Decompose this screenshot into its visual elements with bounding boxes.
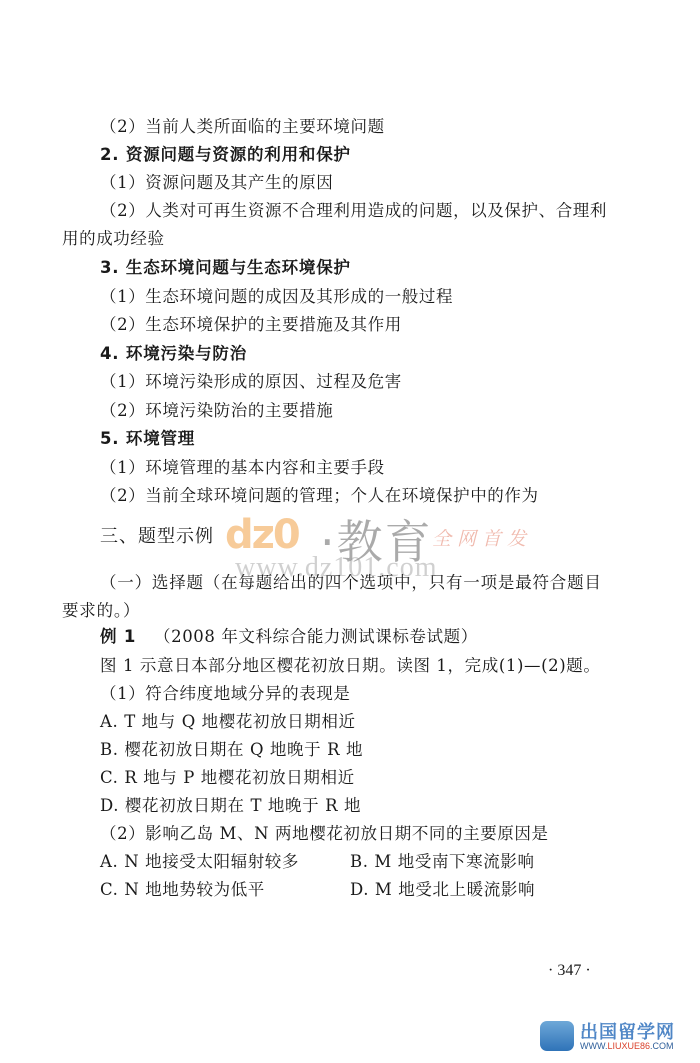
example-label: 例 1	[100, 627, 136, 646]
option-b: B. M 地受南下寒流影响	[350, 851, 535, 873]
text-line: （2）当前全球环境问题的管理；个人在环境保护中的作为	[100, 485, 539, 507]
option-b: B. 樱花初放日期在 Q 地晚于 R 地	[100, 739, 363, 761]
heading-5: 5. 环境管理	[100, 428, 195, 450]
example-intro: 图 1 示意日本部分地区樱花初放日期。读图 1，完成(1)—(2)题。	[100, 655, 600, 677]
text-line: （1）环境管理的基本内容和主要手段	[100, 457, 385, 479]
option-d: D. 樱花初放日期在 T 地晚于 R 地	[100, 795, 361, 817]
example-source: （2008 年文科综合能力测试课标卷试题）	[154, 627, 478, 646]
question-type-line: 要求的。）	[62, 600, 140, 622]
heading-4: 4. 环境污染与防治	[100, 343, 247, 365]
text-line: （1）环境污染形成的原因、过程及危害	[100, 371, 402, 393]
text-line: （2）环境污染防治的主要措施	[100, 400, 333, 422]
option-row: C. N 地地势较为低平 D. M 地受北上暖流影响	[100, 879, 660, 901]
heading-2: 2. 资源问题与资源的利用和保护	[100, 144, 351, 166]
text-line: 用的成功经验	[62, 228, 165, 250]
globe-logo-icon	[540, 1021, 574, 1051]
document-page: （2）当前人类所面临的主要环境问题 2. 资源问题与资源的利用和保护 （1）资源…	[0, 0, 700, 1063]
option-d: D. M 地受北上暖流影响	[350, 879, 535, 901]
option-row: A. N 地接受太阳辐射较多 B. M 地受南下寒流影响	[100, 851, 660, 873]
watermark-tag: 全网首发	[432, 524, 532, 551]
brand-url: WWW.LIUXUE86.COM	[580, 1041, 674, 1051]
text-line: （2）生态环境保护的主要措施及其作用	[100, 314, 402, 336]
text-line: （1）资源问题及其产生的原因	[100, 172, 333, 194]
heading-3: 3. 生态环境问题与生态环境保护	[100, 257, 351, 279]
text-line: （2）人类对可再生资源不合理利用造成的问题，以及保护、合理利	[100, 200, 607, 222]
question-stem: （1）符合纬度地域分异的表现是	[100, 683, 351, 705]
page-number: · 347 ·	[548, 962, 591, 980]
question-stem: （2）影响乙岛 M、N 两地樱花初放日期不同的主要原因是	[100, 823, 549, 845]
option-a: A. T 地与 Q 地樱花初放日期相近	[100, 711, 356, 733]
section-title: 三、题型示例	[100, 526, 214, 548]
option-a: A. N 地接受太阳辐射较多	[100, 852, 299, 871]
example-header: 例 1 （2008 年文科综合能力测试课标卷试题）	[100, 626, 478, 648]
text-line: （1）生态环境问题的成因及其形成的一般过程	[100, 286, 453, 308]
question-type-line: （一）选择题（在每题给出的四个选项中，只有一项是最符合题目	[100, 572, 602, 594]
option-c: C. N 地地势较为低平	[100, 880, 265, 899]
option-c: C. R 地与 P 地樱花初放日期相近	[100, 767, 355, 789]
brand-watermark: 出国留学网 WWW.LIUXUE86.COM	[540, 1018, 700, 1063]
text-line: （2）当前人类所面临的主要环境问题	[100, 116, 385, 138]
